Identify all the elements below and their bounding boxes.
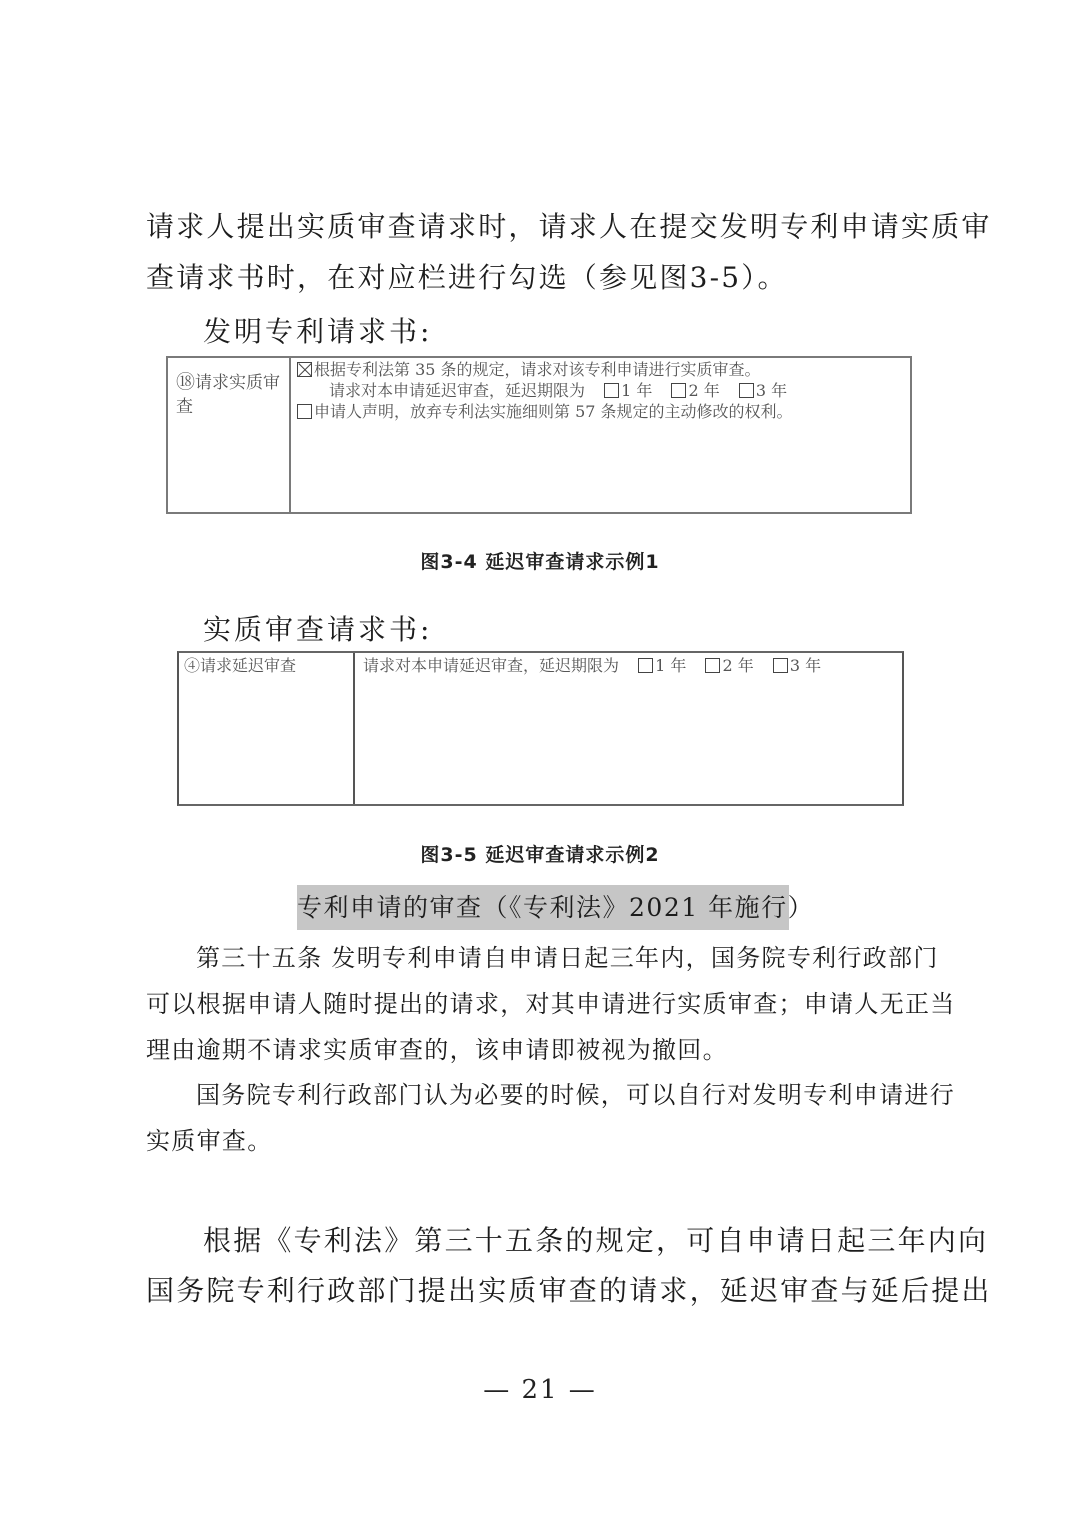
defer-2-year-checkbox[interactable] bbox=[671, 383, 686, 398]
form2-defer-3-year-checkbox[interactable] bbox=[773, 658, 788, 673]
page-number: — 21 — bbox=[0, 1375, 1080, 1405]
intro-line-2: 查请求书时，在对应栏进行勾选（参见图3-5）。 bbox=[146, 261, 946, 295]
form1-left-cell: ⑱请求实质审 查 bbox=[168, 358, 291, 512]
closing-line-1: 根据《专利法》第三十五条的规定，可自申请日起三年内向 bbox=[203, 1224, 948, 1258]
intro-line-1: 请求人提出实质审查请求时，请求人在提交发明专利申请实质审 bbox=[146, 210, 946, 244]
defer-2-year-label: 2 年 bbox=[688, 381, 719, 400]
waive-amendment-checkbox[interactable] bbox=[297, 404, 312, 419]
article-line-1: 第三十五条 发明专利申请自申请日起三年内，国务院专利行政部门 bbox=[196, 943, 996, 973]
form2-label: 实质审查请求书: bbox=[203, 608, 432, 648]
form2-row-deferred-exam: 请求对本申请延迟审查，延迟期限为 1 年 2 年 3 年 bbox=[363, 655, 821, 676]
form1-row-waive-amendment: 申请人声明，放弃专利法实施细则第 57 条规定的主动修改的权利。 bbox=[297, 401, 793, 422]
article-para2-line-1: 国务院专利行政部门认为必要的时候，可以自行对发明专利申请进行 bbox=[196, 1080, 996, 1110]
form1-right-cell: 根据专利法第 35 条的规定，请求对该专利申请进行实质审查。 请求对本申请延迟审… bbox=[297, 359, 793, 422]
deferred-exam-prefix: 请求对本申请延迟审查，延迟期限为 bbox=[329, 381, 585, 400]
law-section-heading: 专利申请的审查（《专利法》2021 年施行） bbox=[297, 885, 789, 930]
figure-caption-3-5: 图3-5 延迟审查请求示例2 bbox=[0, 840, 1080, 867]
form2-defer-1-year-checkbox[interactable] bbox=[638, 658, 653, 673]
article-line-3: 理由逾期不请求实质审查的，该申请即被视为撤回。 bbox=[146, 1035, 946, 1065]
defer-1-year-label: 1 年 bbox=[621, 381, 652, 400]
form2-left-cell: ④请求延迟审查 bbox=[179, 653, 355, 804]
form1-label: 发明专利请求书: bbox=[203, 310, 432, 350]
substantive-exam-text: 根据专利法第 35 条的规定，请求对该专利申请进行实质审查。 bbox=[314, 360, 761, 379]
closing-line-2: 国务院专利行政部门提出实质审查的请求，延迟审查与延后提出 bbox=[146, 1274, 946, 1308]
form2-defer-2-year-label: 2 年 bbox=[722, 656, 753, 675]
form1-row-substantive-exam: 根据专利法第 35 条的规定，请求对该专利申请进行实质审查。 bbox=[297, 359, 793, 380]
substantive-exam-checkbox[interactable] bbox=[297, 362, 312, 377]
form1-row-deferred-exam: 请求对本申请延迟审查，延迟期限为 1 年 2 年 3 年 bbox=[297, 380, 793, 401]
form2-defer-1-year-label: 1 年 bbox=[655, 656, 686, 675]
waive-amendment-text: 申请人声明，放弃专利法实施细则第 57 条规定的主动修改的权利。 bbox=[314, 402, 793, 421]
article-para2-line-2: 实质审查。 bbox=[146, 1126, 946, 1156]
form2-deferred-exam-prefix: 请求对本申请延迟审查，延迟期限为 bbox=[363, 656, 619, 675]
substantive-exam-request-form: ④请求延迟审查 请求对本申请延迟审查，延迟期限为 1 年 2 年 3 年 bbox=[177, 651, 904, 806]
item-number-18: ⑱ bbox=[176, 371, 195, 393]
defer-3-year-checkbox[interactable] bbox=[739, 383, 754, 398]
defer-3-year-label: 3 年 bbox=[756, 381, 787, 400]
defer-1-year-checkbox[interactable] bbox=[604, 383, 619, 398]
form2-defer-2-year-checkbox[interactable] bbox=[705, 658, 720, 673]
form2-left-label: ④请求延迟审查 bbox=[184, 655, 296, 676]
form1-left-label-line2: 查 bbox=[176, 397, 193, 417]
form2-defer-3-year-label: 3 年 bbox=[790, 656, 821, 675]
figure-caption-3-4: 图3-4 延迟审查请求示例1 bbox=[0, 547, 1080, 574]
article-line-2: 可以根据申请人随时提出的请求，对其申请进行实质审查；申请人无正当 bbox=[146, 989, 946, 1019]
form1-left-label-line1: 请求实质审 bbox=[195, 373, 280, 393]
invention-patent-request-form: ⑱请求实质审 查 根据专利法第 35 条的规定，请求对该专利申请进行实质审查。 … bbox=[166, 356, 912, 514]
form2-right-cell: 请求对本申请延迟审查，延迟期限为 1 年 2 年 3 年 bbox=[363, 655, 821, 676]
